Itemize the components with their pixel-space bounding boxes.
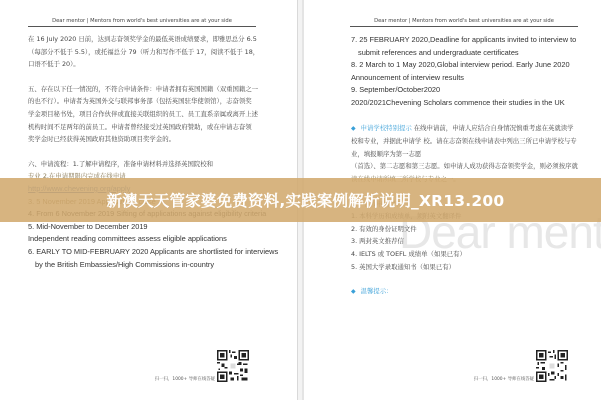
text-line: 机构时间不足两年的前员工。申请者曾经接受过英国政府赞助，或在申请志奋领 [28,121,278,134]
tip-label: 申请学校特别提示 [361,124,412,132]
application-tip: ◆申请学校特别提示 在线申请前，申请人应结合自身情况慎重考虑在英就读学 [351,122,578,136]
warm-tip: ◆温馨提示： [351,285,578,299]
page-footer: 扫一扫，1000+ 导师在线答疑 [474,350,568,382]
section-six-heading: 六、申请流程：1.了解申请程序，准备申请材料并选择英国院校和 [28,158,278,171]
page-header: Dear mentor | Mentors from world's best … [350,18,578,27]
text-line: 7. 25 FEBRUARY 2020,Deadline for applica… [351,34,578,47]
text-line: 校和专业，并据此申请学 校。请在志奋领在线申请表中列出三所已申请学校与专 [351,135,578,148]
qr-code-icon [536,350,568,382]
footer-caption: 扫一扫，1000+ 导师在线答疑 [474,376,534,382]
text-line: 业，填报顺序为第一志愿 [351,148,578,161]
warm-tip-label: 温馨提示： [361,287,393,295]
list-item: 3. 两封英文推荐信 [351,235,578,248]
text-line: 9. September/October2020 [351,84,578,97]
page-header: Dear mentor | Mentors from world's best … [28,18,256,27]
list-item: 2. 有效的身份证明文件 [351,223,578,236]
list-item: 4. IELTS 或 TOEFL 成绩单（如果已有） [351,248,578,261]
text-line: 8. 2 March to 1 May 2020,Global intervie… [351,59,578,72]
diamond-bullet-icon: ◆ [351,288,356,295]
banner-title: 新澳天天管家婆免费资料,实践案例解析说明_XR13.200 [97,189,505,211]
footer-caption: 扫一扫，1000+ 导师在线答疑 [155,376,215,382]
page-body: 在 16 July 2020 日前，达到志奋领奖学金的最低英语成绩要求，即雅思总… [28,33,278,271]
qr-code-icon [217,350,249,382]
section-five-heading: 五、存在以下任一情况的，不符合申请条件：申请者拥有英国国籍（双重国籍之一 [28,83,278,96]
text-line: （首选）、第二志愿和第三志愿。如申请人成功获得志奋领奖学金，则必须按序就 [351,160,578,173]
text-line: 的也不行）。申请者为英国外交与联邦事务部（包括英国驻华使领馆），志奋领奖 [28,95,278,108]
text-line: 口语不低于 20）。 [28,58,278,71]
text-line: 2020/2021Chevening Scholars commence the… [351,97,578,110]
list-item: 5. 英国大学录取通知书（如果已有） [351,261,578,274]
text-line: （每部分不低于 5.5），或托福总分 79（听力和写作不低于 17，阅读不低于 … [28,46,278,59]
text-line: 6. EARLY TO MID-FEBRUARY 2020 Applicants… [28,246,278,259]
text-line: Announcement of interview results [351,72,578,85]
diamond-bullet-icon: ◆ [351,125,356,132]
text-line: 5. Mid-November to December 2019 [28,221,278,234]
page-footer: 扫一扫，1000+ 导师在线答疑 [155,350,249,382]
page-body: 7. 25 FEBRUARY 2020,Deadline for applica… [351,34,578,299]
text-line: by the British Embassies/High Commission… [28,259,278,272]
text-line: 学金项目秘书处，项目合作伙伴或直接关联组织的员工、员工直系亲属或离开上述 [28,108,278,121]
text-line: 奖学金时已经获得英国政府其他资助项目奖学金的。 [28,133,278,146]
text-line: Independent reading committees assess el… [28,233,278,246]
text-line: submit references and undergraduate cert… [351,47,578,60]
text-line: 在 16 July 2020 日前，达到志奋领奖学金的最低英语成绩要求，即雅思总… [28,33,278,46]
title-banner: 新澳天天管家婆免费资料,实践案例解析说明_XR13.200 [0,178,601,222]
